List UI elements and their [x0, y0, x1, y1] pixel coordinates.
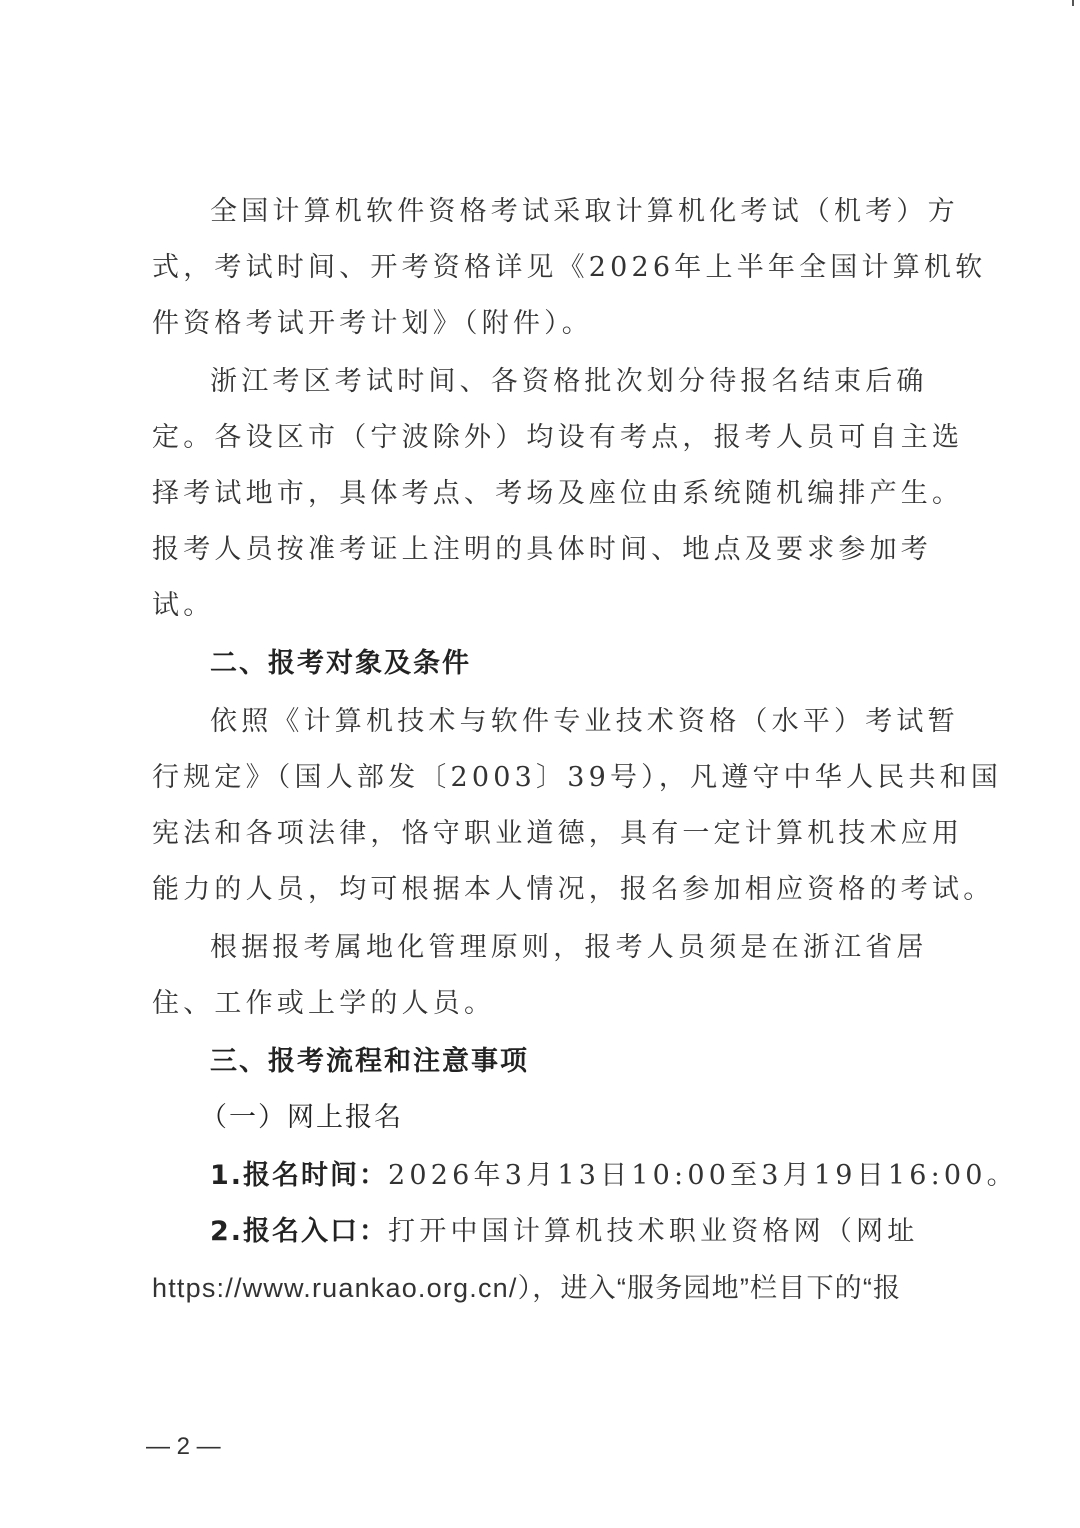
paragraph-line: 全国计算机软件资格考试采取计算机化考试（机考）方: [210, 192, 970, 232]
list-item: 2.报名入口：打开中国计算机技术职业资格网（网址: [210, 1212, 970, 1252]
paragraph-line: 能力的人员，均可根据本人情况，报名参加相应资格的考试。: [152, 870, 912, 910]
page-number: — 2 —: [146, 1433, 221, 1461]
paragraph-line: 行规定》（国人部发〔2003〕39号），凡遵守中华人民共和国: [152, 758, 912, 798]
document-page: 全国计算机软件资格考试采取计算机化考试（机考）方 式，考试时间、开考资格详见《2…: [0, 0, 1080, 1528]
subsection-heading: （一）网上报名: [200, 1098, 960, 1138]
section-heading: 二、报考对象及条件: [210, 644, 970, 684]
item-text: 打开中国计算机技术职业资格网（网址: [388, 1216, 918, 1247]
paragraph-line: 择考试地市，具体考点、考场及座位由系统随机编排产生。: [152, 474, 912, 514]
paragraph-line: 浙江考区考试时间、各资格批次划分待报名结束后确: [210, 362, 970, 402]
paragraph-line: 住、工作或上学的人员。: [152, 984, 912, 1024]
paragraph-line: 根据报考属地化管理原则，报考人员须是在浙江省居: [210, 928, 970, 968]
paragraph-line: 试。: [152, 586, 912, 626]
paragraph-line: 报考人员按准考证上注明的具体时间、地点及要求参加考: [152, 530, 912, 570]
url-line: https://www.ruankao.org.cn/），进入“服务园地”栏目下…: [152, 1268, 912, 1308]
paragraph-line: 依照《计算机技术与软件专业技术资格（水平）考试暂: [210, 702, 970, 742]
paragraph-line: 式，考试时间、开考资格详见《2026年上半年全国计算机软: [152, 248, 912, 288]
paragraph-line: 件资格考试开考计划》（附件）。: [152, 304, 912, 344]
corner-mark: [1072, 0, 1074, 6]
paragraph-line: 宪法和各项法律，恪守职业道德，具有一定计算机技术应用: [152, 814, 912, 854]
item-label: 2.报名入口：: [210, 1216, 388, 1247]
item-text: 2026年3月13日10:00至3月19日16:00。: [388, 1160, 1018, 1191]
list-item: 1.报名时间：2026年3月13日10:00至3月19日16:00。: [210, 1156, 970, 1196]
paragraph-line: 定。各设区市（宁波除外）均设有考点，报考人员可自主选: [152, 418, 912, 458]
item-label: 1.报名时间：: [210, 1160, 388, 1191]
section-heading: 三、报考流程和注意事项: [210, 1042, 970, 1082]
